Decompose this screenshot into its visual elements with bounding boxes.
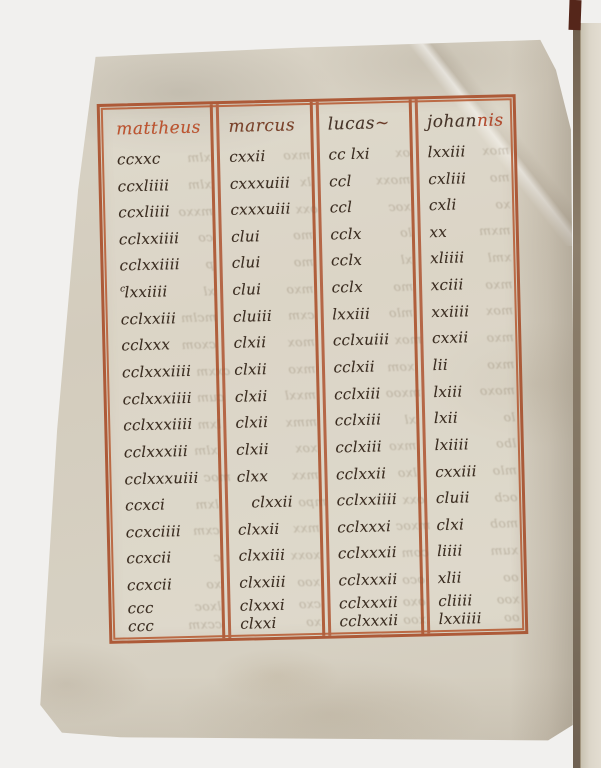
roman-numeral: xx	[429, 223, 447, 241]
numeral-row: cclxxxcxom	[121, 330, 216, 359]
numeral-row: clxxiiiixl	[120, 277, 215, 306]
numeral-row: xliioo	[437, 563, 519, 592]
page-gutter	[573, 24, 580, 768]
numeral-row: clxiixox	[236, 435, 318, 464]
roman-numeral: cclxiii	[334, 384, 381, 403]
numeral-row: cclxiiixl	[334, 406, 416, 435]
bleedthrough-text: mlo	[384, 305, 414, 321]
roman-numeral: clxxii	[237, 493, 293, 512]
bleedthrough-text: lo	[394, 225, 411, 240]
header-text: lucas	[328, 114, 376, 135]
numeral-row: cxxiimxo	[432, 323, 514, 352]
roman-numeral: xciii	[431, 275, 464, 294]
roman-numeral: cxxxuiii	[230, 173, 291, 192]
bleedthrough-text: mxo	[281, 281, 314, 297]
bleedthrough-text: xo	[490, 196, 511, 211]
bleedthrough-text: moxo	[474, 382, 514, 398]
roman-numeral: cclxxiiii	[336, 490, 397, 509]
numeral-row: clxxmxx	[236, 461, 318, 490]
numeral-row: clxxiiixoo	[239, 568, 321, 597]
numeral-row: cclxxxiicom	[338, 539, 420, 568]
bleedthrough-text: xo	[201, 576, 222, 591]
bleedthrough-text: xoc	[383, 198, 411, 214]
bleedthrough-text: lx	[294, 174, 311, 189]
bleedthrough-text: lbo	[490, 436, 516, 452]
roman-numeral: cclxxxuiii	[124, 468, 198, 488]
numeral-row: cluiiicxm	[233, 301, 315, 330]
roman-numeral: cclxxiiii	[119, 229, 180, 248]
photo-stage: mattheusccxxcxlmccxliiiixlmccxliiiimxxoc…	[0, 0, 601, 768]
roman-numeral: cclxxii	[336, 464, 387, 483]
canon-table: mattheusccxxcxlmccxliiiixlmccxliiiimxxoc…	[97, 94, 529, 644]
numeral-row: clxiimxxl	[235, 381, 317, 410]
roman-numeral: liiii	[437, 542, 463, 561]
bleedthrough-text: mlo	[487, 462, 517, 478]
bleedthrough-text: com	[397, 544, 430, 560]
bleedthrough-text: xoo	[491, 591, 519, 607]
bleedthrough-text: lxm	[190, 496, 219, 512]
numeral-row: clximob	[436, 510, 518, 539]
roman-numeral: lxiii	[433, 382, 463, 401]
roman-numeral: cclxxxiii	[124, 442, 188, 462]
roman-numeral: cclxxxii	[338, 570, 397, 589]
numeral-row: liiiixum	[437, 536, 519, 565]
numeral-row: clxxiimxx	[238, 514, 320, 543]
numeral-row: lxxiiimlo	[332, 299, 414, 328]
roman-numeral: cclxiii	[335, 437, 382, 456]
numeral-row: clxxxicxo	[240, 594, 322, 614]
numeral-row: liimxo	[432, 350, 514, 379]
roman-numeral: cclxxxii	[339, 593, 398, 612]
numeral-row: cclxxxiioxo	[339, 592, 421, 612]
roman-numeral: cxxii	[432, 329, 469, 348]
binding-edge	[568, 0, 581, 30]
bleedthrough-text: oxx	[291, 200, 319, 216]
numeral-row: cc lxiox	[328, 139, 410, 168]
bleedthrough-text: mox	[389, 331, 422, 347]
numeral-row: cclxxiiiico	[119, 224, 214, 253]
roman-numeral: cclxxxii	[339, 611, 398, 630]
numeral-row: cxliiimo	[428, 164, 510, 193]
roman-numeral: cliiii	[438, 591, 473, 610]
numeral-row: cxxxuiiioxx	[230, 195, 312, 224]
numeral-row: cxlixo	[429, 190, 511, 219]
numeral-row: cclxxxiixoo	[339, 610, 421, 630]
numeral-row: xxiiiimox	[431, 297, 513, 326]
numeral-row: cclxmo	[331, 272, 413, 301]
roman-numeral: ccxcii	[126, 549, 171, 568]
numeral-row: ccxxcxlm	[117, 144, 212, 173]
roman-numeral: clxi	[436, 515, 464, 534]
roman-numeral: cclxxiiii	[119, 256, 180, 275]
roman-numeral: cxxiii	[435, 462, 477, 481]
bleedthrough-text: lxm	[192, 416, 221, 432]
numeral-row: cclxuiiimox	[333, 326, 415, 355]
bleedthrough-text: cum	[192, 389, 225, 405]
numeral-row: cclxxiiiip	[119, 250, 214, 279]
roman-numeral: cclxxxii	[338, 544, 397, 563]
bleedthrough-text: mxo	[384, 438, 417, 454]
numeral-row: cclxxximxoc	[337, 512, 419, 541]
roman-numeral: ccxliiii	[117, 176, 169, 195]
roman-numeral: cxli	[429, 196, 457, 215]
roman-numeral: ccxxc	[117, 149, 161, 168]
bleedthrough-text: mxxl	[280, 387, 316, 403]
roman-numeral: cxxii	[229, 147, 266, 166]
bleedthrough-text: lxo	[393, 465, 418, 481]
numeral-row: cxxiiimlo	[435, 456, 517, 485]
roman-numeral: cluii	[436, 489, 470, 508]
bleedthrough-text: c	[208, 549, 221, 564]
roman-numeral: clxii	[235, 413, 268, 432]
column-marcus: marcuscxxiimxocxxxuiiilxcxxxuiiioxxcluim…	[219, 107, 322, 633]
numeral-row: cclxiixom	[333, 352, 415, 381]
roman-numeral: cclxxxiiii	[122, 388, 192, 408]
roman-numeral: clxii	[234, 360, 267, 379]
roman-numeral: clxxii	[238, 520, 280, 539]
numeral-row: cluimxo	[232, 275, 314, 304]
bleedthrough-text: mpo	[293, 493, 327, 509]
roman-numeral: ccxcii	[127, 575, 172, 594]
bleedthrough-text: mox	[480, 302, 513, 318]
roman-numeral: cclxuiii	[333, 331, 390, 350]
bleedthrough-text: lo	[498, 409, 515, 424]
roman-numeral: ccl	[329, 198, 352, 217]
roman-numeral: xxiiii	[431, 302, 469, 321]
numeral-row: clxiimxo	[234, 355, 316, 384]
roman-numeral: xlii	[438, 569, 462, 588]
numeral-row: cclxxiiimclm	[120, 304, 215, 333]
roman-numeral: cc lxi	[328, 144, 370, 163]
bleedthrough-text: mxoc	[391, 518, 431, 534]
bleedthrough-text: mo	[288, 254, 313, 270]
roman-numeral: cclxxxiiii	[122, 362, 192, 382]
manuscript-page: mattheusccxxcxlmccxliiiixlmccxliiiimxxoc…	[0, 0, 601, 768]
roman-numeral: clxxiii	[238, 546, 285, 565]
bleedthrough-text: xl	[198, 283, 215, 298]
header-text: marcus	[228, 116, 295, 138]
roman-numeral: cclx	[331, 278, 363, 297]
bleedthrough-text: ccxm	[183, 617, 222, 633]
roman-numeral: lxiiii	[434, 435, 469, 454]
numeral-row: ccxciixo	[127, 570, 222, 599]
numeral-row: ccxliiiimxxo	[118, 197, 213, 226]
bleedthrough-text: xlm	[183, 176, 212, 192]
roman-numeral: lxxiii	[427, 142, 465, 161]
numeral-row: lxxiiiioo	[438, 608, 520, 628]
roman-numeral: cluiii	[233, 307, 272, 326]
table-columns: mattheusccxxcxlmccxliiiixlmccxliiiimxxoc…	[107, 102, 520, 635]
numeral-row: clxiimmx	[235, 408, 317, 437]
numeral-row: ccxliiiixlm	[117, 171, 212, 200]
column-header-marcus: marcus	[228, 109, 310, 143]
bleedthrough-text: cxxm	[191, 362, 230, 378]
numeral-row: ccclxoc	[127, 597, 222, 617]
roman-numeral: ccxliiii	[118, 202, 170, 221]
bleedthrough-text: mxo	[481, 329, 514, 345]
numeral-row: cluiiocb	[436, 483, 518, 512]
roman-numeral: cclxiii	[335, 411, 382, 430]
numeral-row: ccxciiiicxm	[125, 517, 220, 546]
roman-numeral: lxxiii	[332, 304, 370, 323]
roman-numeral: ccc	[127, 598, 154, 617]
numeral-row: cclxlo	[330, 219, 412, 248]
numeral-row: cclxxxiiiilxm	[123, 410, 218, 439]
roman-numeral: clxxxi	[240, 595, 286, 614]
roman-numeral: cclxxxiiii	[123, 415, 193, 435]
roman-numeral: cclxxxi	[337, 517, 391, 536]
roman-numeral: cxliii	[428, 169, 466, 188]
roman-numeral: cclx	[331, 251, 363, 270]
roman-numeral: clxxi	[240, 614, 277, 633]
roman-numeral: lxxiiii	[438, 609, 481, 628]
roman-numeral: cclxxx	[121, 336, 170, 355]
numeral-row: cluimo	[231, 221, 313, 250]
numeral-row: ccxciic	[126, 543, 221, 572]
roman-numeral: clui	[232, 280, 261, 299]
roman-numeral: lxii	[434, 409, 458, 428]
bleedthrough-text: oco	[397, 571, 425, 587]
numeral-row: cclxoc	[329, 192, 411, 221]
numeral-row: cclxxl	[331, 246, 413, 275]
numeral-row: lxxiiimox	[427, 137, 509, 166]
bleedthrough-text: xl	[399, 411, 416, 426]
roman-numeral: clui	[232, 254, 261, 273]
column-header-mattheus: mattheus	[116, 111, 211, 146]
roman-numeral: ccl	[329, 172, 352, 191]
bleedthrough-text: cxm	[282, 307, 314, 323]
bleedthrough-text: mxxo	[173, 203, 213, 219]
numeral-row: cclxxxiiiicum	[122, 384, 217, 413]
bleedthrough-text: mob	[484, 516, 518, 532]
bleedthrough-text: xoxx	[285, 547, 320, 563]
bleedthrough-text: mox	[476, 143, 509, 159]
numeral-row: lxiiiilbo	[434, 430, 516, 459]
roman-numeral: clxii	[233, 333, 266, 352]
numeral-row: clxxixo	[240, 613, 322, 633]
bleedthrough-text: xlm	[189, 443, 218, 459]
header-text: johan	[427, 111, 478, 132]
bleedthrough-text: mo	[388, 278, 413, 294]
bleedthrough-text: cxom	[176, 336, 216, 352]
bleedthrough-text: ocb	[488, 489, 517, 505]
bleedthrough-text: moxx	[370, 172, 410, 188]
numeral-row: clxxiiixoxx	[238, 541, 320, 570]
header-text: mattheus	[116, 118, 201, 140]
roman-numeral: ccxciiii	[126, 522, 182, 541]
numeral-row: cclxxxiiiicxxm	[122, 357, 217, 386]
numeral-row: cclxxiiiioxx	[336, 485, 418, 514]
numeral-row: ccxcilxm	[125, 490, 220, 519]
bleedthrough-text: mxo	[480, 276, 513, 292]
bleedthrough-text: cxo	[293, 596, 321, 612]
roman-numeral: clxxiii	[239, 573, 286, 592]
numeral-row: cclxxxiioco	[338, 565, 420, 594]
bleedthrough-text: cxm	[188, 523, 220, 539]
roman-numeral: cclx	[330, 225, 362, 244]
bleedthrough-text: mxo	[278, 147, 311, 163]
roman-numeral: clxxiiii	[120, 282, 168, 301]
numeral-row: cclxiiimxoo	[334, 379, 416, 408]
numeral-row: lxiiimoxo	[433, 377, 515, 406]
bleedthrough-text: mxo	[481, 356, 514, 372]
bleedthrough-text: mox	[282, 334, 315, 350]
bleedthrough-text: mo	[287, 227, 312, 243]
numeral-row: cliiiixoo	[438, 590, 520, 610]
column-lucas: lucas~cc lxioxcclmoxxcclxoccclxlocclxxlc…	[318, 105, 421, 631]
bleedthrough-text: moc	[198, 469, 231, 485]
bleedthrough-text: xo	[301, 614, 322, 629]
header-text: nis	[477, 111, 504, 132]
numeral-row: lxiilo	[434, 403, 516, 432]
bleedthrough-text: lxoc	[190, 598, 222, 614]
bleedthrough-text: xum	[485, 542, 518, 558]
numeral-row: cclmoxx	[329, 166, 411, 195]
roman-numeral: ccc	[128, 617, 155, 636]
roman-numeral: clxii	[235, 387, 268, 406]
bleedthrough-text: mo	[484, 169, 509, 185]
bleedthrough-text: oo	[499, 610, 520, 625]
bleedthrough-text: oxo	[398, 593, 426, 609]
numeral-row: cluimo	[231, 248, 313, 277]
roman-numeral: clui	[231, 227, 260, 246]
facing-page-edge	[580, 23, 601, 768]
column-header-johannis: johannis	[427, 104, 509, 138]
numeral-row: clxiimox	[233, 328, 315, 357]
bleedthrough-text: oxx	[397, 491, 425, 507]
roman-numeral: cclxii	[333, 358, 375, 377]
bleedthrough-text: co	[193, 230, 213, 245]
numeral-row: cclxiiimxo	[335, 432, 417, 461]
roman-numeral: clxx	[237, 467, 269, 486]
numeral-row: cclxxxiiixlm	[124, 437, 219, 466]
numeral-row: cccccxm	[128, 615, 223, 635]
bleedthrough-text: mxm	[474, 223, 511, 239]
numeral-row: clxxiimpo	[237, 488, 319, 517]
bleedthrough-text: ox	[389, 145, 410, 160]
header-text: ~	[375, 113, 390, 133]
column-header-lucas: lucas~	[327, 107, 409, 141]
bleedthrough-text: xoo	[292, 573, 320, 589]
numeral-row: cclxxiilxo	[336, 459, 418, 488]
bleedthrough-text: xl	[395, 252, 412, 267]
bleedthrough-text: mxx	[287, 520, 319, 536]
bleedthrough-text: xom	[382, 358, 415, 374]
bleedthrough-text: mxoo	[380, 385, 420, 401]
roman-numeral: xliiii	[430, 249, 465, 268]
bleedthrough-text: xoo	[398, 612, 426, 628]
numeral-row: xciiimxo	[430, 270, 512, 299]
bleedthrough-text: xlm	[182, 150, 211, 166]
bleedthrough-text: mxx	[286, 467, 318, 483]
numeral-row: cxxxuiiilx	[230, 168, 312, 197]
numeral-row: cclxxxuiiimoc	[124, 463, 219, 492]
bleedthrough-text: oo	[498, 569, 519, 584]
bleedthrough-text: p	[200, 256, 214, 271]
numeral-row: xliiiixml	[430, 243, 512, 272]
bleedthrough-text: xml	[482, 249, 511, 265]
bleedthrough-text: mclm	[176, 309, 217, 325]
roman-numeral: ccxci	[125, 496, 165, 515]
numeral-row: xxmxm	[429, 217, 511, 246]
roman-numeral: cxxxuiii	[230, 200, 291, 219]
bleedthrough-text: mxo	[283, 360, 316, 376]
bleedthrough-text: xox	[290, 440, 318, 456]
roman-numeral: cclxxiii	[121, 309, 177, 328]
bleedthrough-text: mmx	[280, 414, 317, 430]
numeral-row: cxxiimxo	[229, 142, 311, 171]
column-johannis: johannislxxiiimoxcxliiimocxlixoxxmxmxlii…	[418, 102, 521, 628]
column-mattheus: mattheusccxxcxlmccxliiiixlmccxliiiimxxoc…	[107, 109, 223, 635]
roman-numeral: lii	[432, 356, 448, 374]
roman-numeral: clxii	[236, 440, 269, 459]
